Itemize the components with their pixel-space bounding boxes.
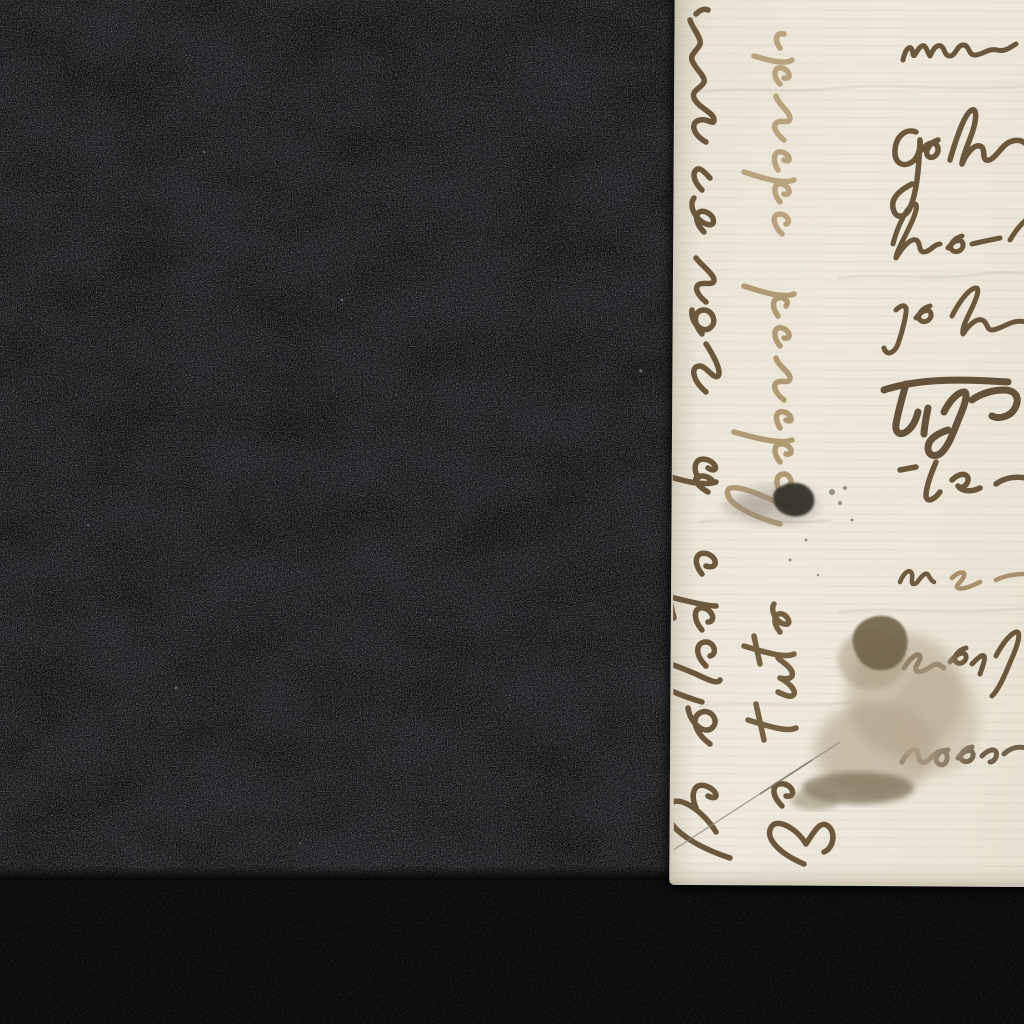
paper-shading	[669, 0, 1024, 887]
manuscript-paper	[669, 0, 1024, 887]
velvet-ledge	[0, 866, 1024, 1024]
photograph	[0, 0, 1024, 1024]
